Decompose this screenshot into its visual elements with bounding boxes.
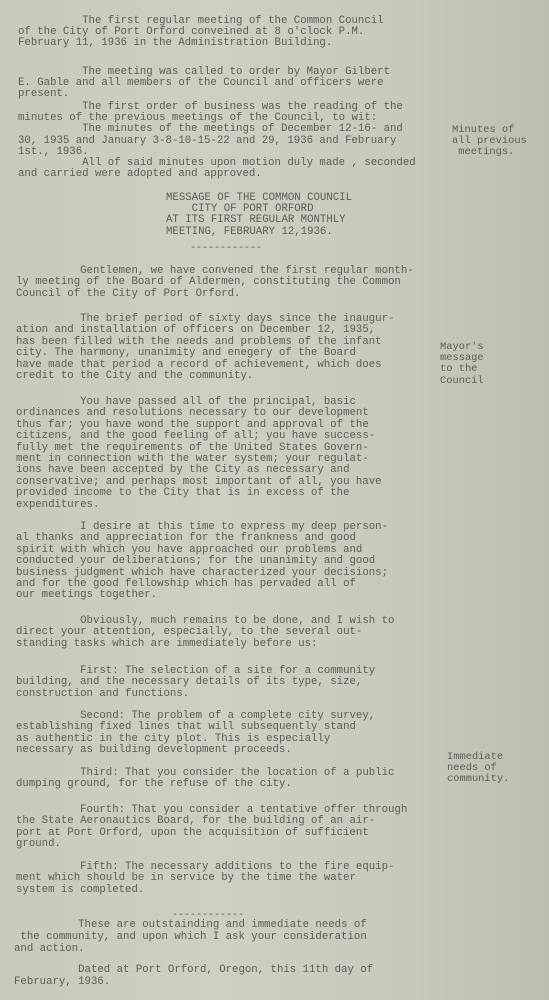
text-line: AT ITS FIRST REGULAR MONTHLY <box>166 215 466 226</box>
text-line: February 11, 1936 in the Administration … <box>18 38 438 49</box>
text-line: to the <box>440 364 545 375</box>
margin-note: Minutes ofall previous meetings. <box>452 125 549 159</box>
text-line: community. <box>447 774 549 785</box>
text-line: MEETING, FEBRUARY 12,1936. <box>166 227 466 238</box>
message-paragraph: First: The selection of a site for a com… <box>16 666 436 700</box>
intro-paragraph: The first order of business was the read… <box>18 102 438 180</box>
message-paragraph: The brief period of sixty days since the… <box>16 314 436 382</box>
text-line: necessary as building development procee… <box>16 745 436 756</box>
text-line: ground. <box>16 839 436 850</box>
intro-paragraph: The first regular meeting of the Common … <box>18 16 438 50</box>
message-paragraph: Obviously, much remains to be done, and … <box>16 616 436 650</box>
text-line: The minutes of the meetings of December … <box>18 124 438 135</box>
message-paragraph: Fifth: The necessary additions to the fi… <box>16 862 436 896</box>
closing-paragraph: These are outstainding and immediate nee… <box>14 920 434 955</box>
text-line: port at Port Orford, upon the acquisitio… <box>16 828 436 839</box>
text-line: Council of the City of Port Orford. <box>16 289 436 300</box>
text-line: the community, and upon which I ask your… <box>14 932 434 944</box>
margin-note: Immediateneeds ofcommunity. <box>447 752 549 786</box>
text-line: expenditures. <box>16 500 436 511</box>
message-paragraph: Third: That you consider the location of… <box>16 768 436 791</box>
text-line: February, 1936. <box>14 977 434 989</box>
text-line: and carried were adopted and approved. <box>18 169 438 180</box>
message-paragraph: You have passed all of the principal, ba… <box>16 397 436 511</box>
message-paragraph: Second: The problem of a complete city s… <box>16 711 436 757</box>
text-line: present. <box>18 89 438 100</box>
text-line: provided income to the City that is in e… <box>16 488 436 499</box>
text-line: citizens, and the good feeling of all; y… <box>16 431 436 442</box>
text-line: our meetings together. <box>16 590 436 601</box>
text-line: Council <box>440 376 545 387</box>
text-line: standing tasks which are immediately bef… <box>16 639 436 650</box>
message-paragraph: Gentlemen, we have convened the first re… <box>16 266 436 300</box>
text-line: and action. <box>14 944 434 956</box>
text-line: system is completed. <box>16 885 436 896</box>
document-page: The first regular meeting of the Common … <box>0 0 549 1000</box>
text-line: city. The harmony, unanimity and enegery… <box>16 348 436 359</box>
divider: ------------ <box>190 243 262 254</box>
text-line: credit to the City and the community. <box>16 371 436 382</box>
message-paragraph: I desire at this time to express my deep… <box>16 522 436 602</box>
text-line: E. Gable and all members of the Council … <box>18 78 438 89</box>
text-line: construction and functions. <box>16 689 436 700</box>
text-line: conducted your deliberations; for the un… <box>16 556 436 567</box>
margin-note: Mayor'smessageto theCouncil <box>440 342 545 387</box>
closing-paragraph: Dated at Port Orford, Oregon, this 11th … <box>14 965 434 989</box>
message-paragraph: Fourth: That you consider a tentative of… <box>16 805 436 851</box>
intro-paragraph: The meeting was called to order by Mayor… <box>18 67 438 101</box>
text-line: dumping ground, for the refuse of the ci… <box>16 779 436 790</box>
message-heading: MESSAGE OF THE COMMON COUNCIL CITY OF PO… <box>166 193 466 238</box>
text-line: meetings. <box>452 147 549 158</box>
